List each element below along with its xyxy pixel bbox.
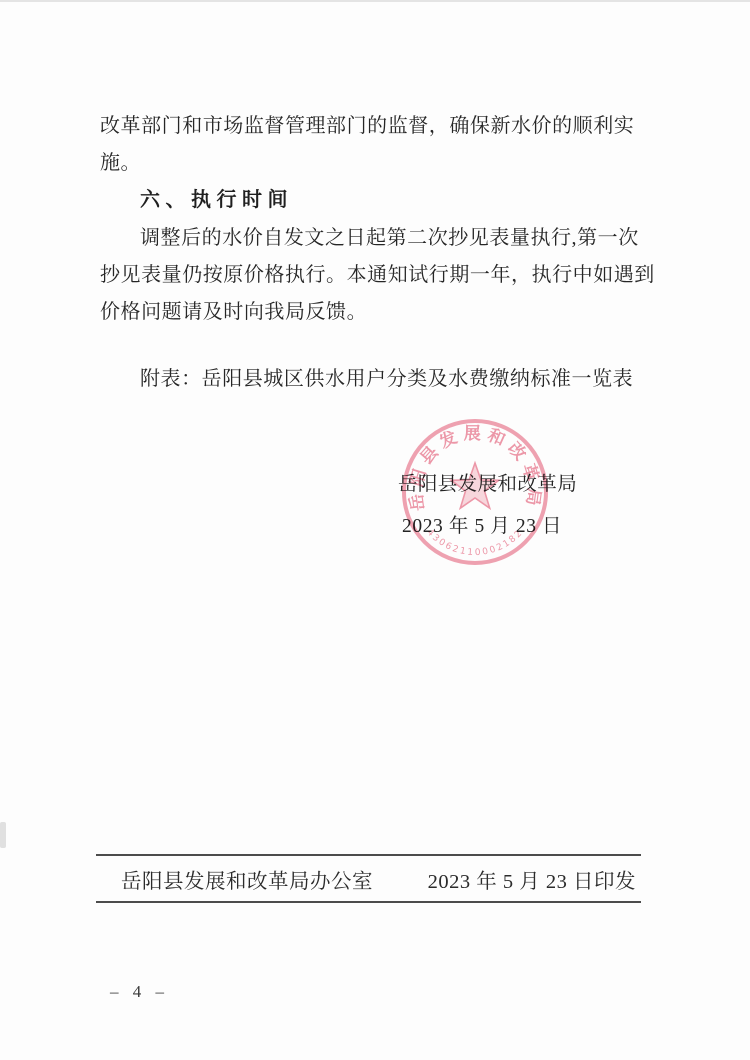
- body-line-3: 价格问题请及时向我局反馈。: [100, 295, 367, 324]
- official-seal: 岳阳县发展和改革局 43062110002182: [397, 414, 553, 570]
- colophon-print-date: 2023 年 5 月 23 日印发: [96, 864, 636, 894]
- scan-artifact-left-edge: [0, 822, 6, 848]
- scan-artifact-top-edge: [0, 0, 750, 2]
- body-line-continuation-1: 改革部门和市场监督管理部门的监督，确保新水价的顺利实: [100, 109, 634, 138]
- body-line-2: 抄见表量仍按原价格执行。本通知试行期一年，执行中如遇到: [100, 258, 655, 287]
- section-heading: 六、执行时间: [140, 183, 293, 212]
- body-line-1: 调整后的水价自发文之日起第二次抄见表量执行,第一次: [140, 221, 639, 250]
- body-line-continuation-2: 施。: [100, 146, 141, 175]
- document-page: 改革部门和市场监督管理部门的监督，确保新水价的顺利实 施。 六、执行时间 调整后…: [0, 0, 750, 1060]
- colophon-rule-top: [96, 854, 641, 856]
- attachment-reference-line: 附表：岳阳县城区供水用户分类及水费缴纳标准一览表: [140, 362, 633, 391]
- page-number: – 4 –: [110, 982, 169, 1002]
- seal-star-icon: [451, 463, 499, 508]
- colophon-rule-bottom: [96, 901, 641, 903]
